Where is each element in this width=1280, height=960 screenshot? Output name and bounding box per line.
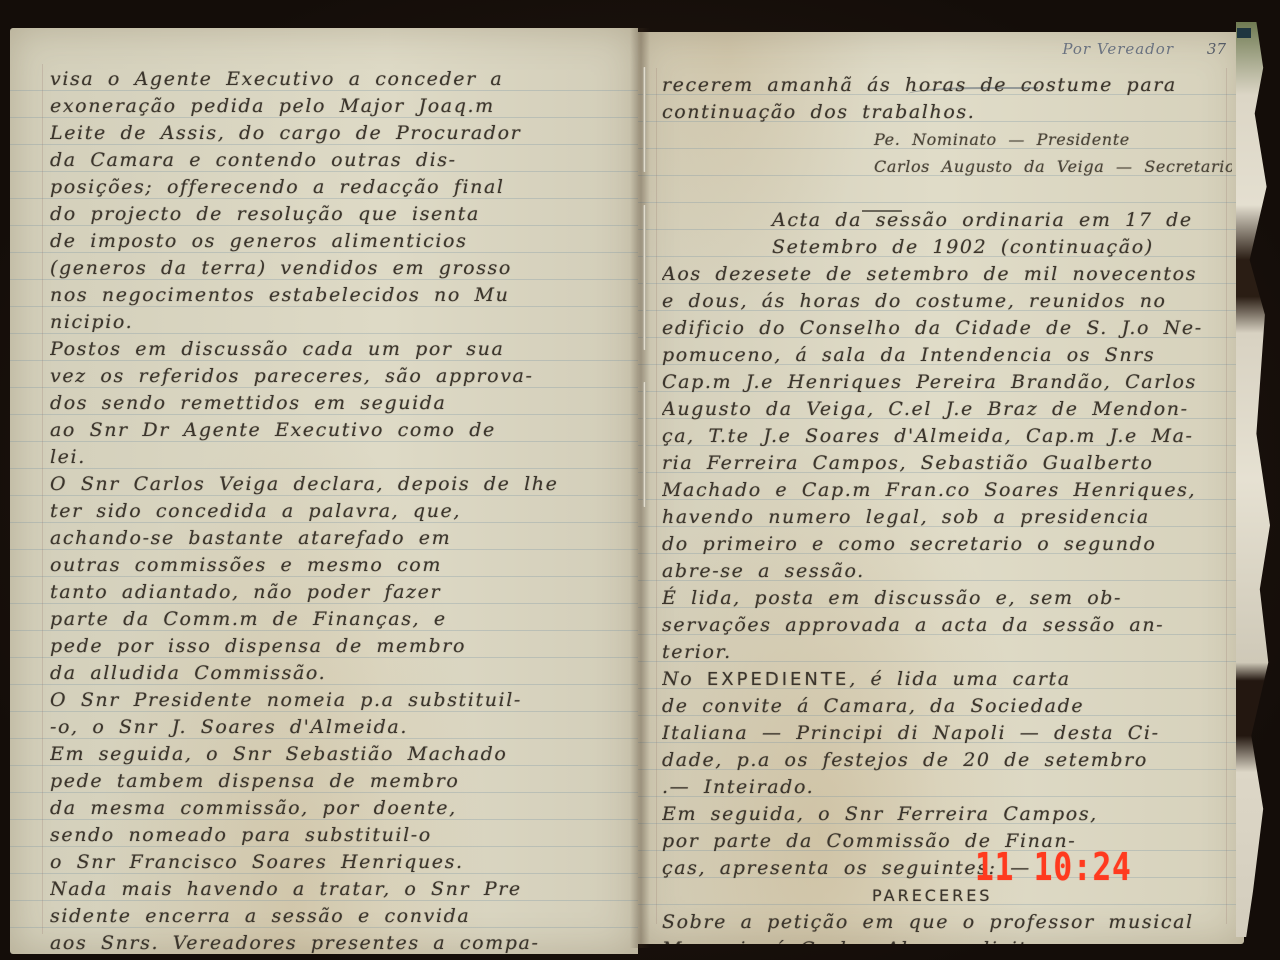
book-gutter (630, 28, 650, 948)
handwritten-line: recerem amanhã ás horas de costume para (662, 72, 1232, 99)
handwritten-line: exoneração pedida pelo Major Joaq.m (50, 93, 628, 120)
handwritten-line: .— Inteirado. (662, 774, 1232, 801)
handwritten-line: por parte da Commissão de Finan- (662, 828, 1232, 855)
handwritten-line: Aos dezesete de setembro de mil novecent… (662, 261, 1232, 288)
handwritten-line: visa o Agente Executivo a conceder a (50, 66, 628, 93)
handwritten-line: servações approvada a acta da sessão an- (662, 612, 1232, 639)
expediente-prefix: No (662, 668, 693, 690)
expediente-line: No EXPEDIENTE, é lida uma carta (662, 666, 1232, 693)
handwritten-line: nicipio. (50, 309, 628, 336)
handwritten-line: Augusto da Veiga, C.el J.e Braz de Mendo… (662, 396, 1232, 423)
minutes-title: Acta da sessão ordinaria em 17 de (662, 207, 1232, 234)
handwritten-line: Leite de Assis, do cargo de Procurador (50, 120, 628, 147)
handwritten-line: Machado e Cap.m Fran.co Soares Henriques… (662, 477, 1232, 504)
handwritten-line: Memoria á Carlos Alves solicita um (662, 936, 1232, 944)
handwritten-line: ao Snr Dr Agente Executivo como de (50, 417, 628, 444)
handwritten-line: Postos em discussão cada um por sua (50, 336, 628, 363)
handwritten-line: abre-se a sessão. (662, 558, 1232, 585)
handwritten-line: O Snr Presidente nomeia p.a substituil- (50, 687, 628, 714)
handwritten-line: dade, p.a os festejos de 20 de setembro (662, 747, 1232, 774)
margin-line (42, 64, 43, 934)
handwritten-line: Nada mais havendo a tratar, o Snr Pre (50, 876, 628, 903)
handwritten-line: -o, o Snr J. Soares d'Almeida. (50, 714, 628, 741)
handwritten-line: achando-se bastante atarefado em (50, 525, 628, 552)
handwritten-line: edificio do Conselho da Cidade de S. J.o… (662, 315, 1232, 342)
page-number: 37 (1207, 40, 1226, 58)
open-ledger-book: visa o Agente Executivo a conceder a exo… (8, 12, 1248, 952)
handwritten-line: parte da Comm.m de Finanças, e (50, 606, 628, 633)
handwritten-line: Em seguida, o Snr Sebastião Machado (50, 741, 628, 768)
binding-stitch (643, 382, 646, 507)
handwritten-line: ça, T.te J.e Soares d'Almeida, Cap.m J.e… (662, 423, 1232, 450)
handwritten-line: o Snr Francisco Soares Henriques. (50, 849, 628, 876)
page-header-note: Por Vereador (1062, 40, 1174, 58)
handwritten-line: do projecto de resolução que isenta (50, 201, 628, 228)
handwritten-line: ria Ferreira Campos, Sebastião Gualberto (662, 450, 1232, 477)
blank-line (662, 180, 1232, 207)
handwritten-line: havendo numero legal, sob a presidencia (662, 504, 1232, 531)
handwritten-line: Em seguida, o Snr Ferreira Campos, (662, 801, 1232, 828)
expediente-heading: EXPEDIENTE (707, 669, 849, 690)
margin-line (656, 68, 657, 924)
handwritten-line: (generos da terra) vendidos em grosso (50, 255, 628, 282)
cover-corner (1237, 28, 1251, 38)
handwritten-line: Cap.m J.e Henriques Pereira Brandão, Car… (662, 369, 1232, 396)
minutes-title: Setembro de 1902 (continuação) (662, 234, 1232, 261)
handwritten-line: Italiana — Principi di Napoli — desta Ci… (662, 720, 1232, 747)
handwritten-line: pomuceno, á sala da Intendencia os Snrs (662, 342, 1232, 369)
handwritten-line: outras commissões e mesmo com (50, 552, 628, 579)
handwritten-line: continuação dos trabalhos. (662, 99, 1232, 126)
handwritten-line: de convite á Camara, da Sociedade (662, 693, 1232, 720)
expediente-text: , é lida uma carta (849, 668, 1070, 690)
right-page-text: recerem amanhã ás horas de costume para … (662, 72, 1232, 944)
handwritten-line: lei. (50, 444, 628, 471)
binding-stitch (643, 67, 646, 172)
handwritten-line: pede tambem dispensa de membro (50, 768, 628, 795)
handwritten-line: sendo nomeado para substituil-o (50, 822, 628, 849)
handwritten-line: da alludida Commissão. (50, 660, 628, 687)
handwritten-line: da Camara e contendo outras dis- (50, 147, 628, 174)
handwritten-line: posições; offerecendo a redacção final (50, 174, 628, 201)
pareceres-heading: PARECERES (662, 882, 1232, 909)
right-page: Por Vereador 37 recerem amanhã ás horas … (638, 32, 1244, 944)
handwritten-line: pede por isso dispensa de membro (50, 633, 628, 660)
handwritten-line: tanto adiantado, não poder fazer (50, 579, 628, 606)
handwritten-line: de imposto os generos alimenticios (50, 228, 628, 255)
handwritten-line: ter sido concedida a palavra, que, (50, 498, 628, 525)
handwritten-line: e dous, ás horas do costume, reunidos no (662, 288, 1232, 315)
signature-president: Pe. Nominato — Presidente (662, 126, 1232, 153)
handwritten-line: dos sendo remettidos em seguida (50, 390, 628, 417)
handwritten-line: É lida, posta em discussão e, sem ob- (662, 585, 1232, 612)
handwritten-line: aos Snrs. Vereadores presentes a compa- (50, 930, 628, 954)
signature-secretary: Carlos Augusto da Veiga — Secretario (662, 153, 1232, 180)
left-page-text: visa o Agente Executivo a conceder a exo… (50, 66, 628, 954)
left-page: visa o Agente Executivo a conceder a exo… (10, 28, 638, 954)
handwritten-line: do primeiro e como secretario o segundo (662, 531, 1232, 558)
handwritten-line: O Snr Carlos Veiga declara, depois de lh… (50, 471, 628, 498)
handwritten-line: nos negocimentos estabelecidos no Mu (50, 282, 628, 309)
handwritten-line: terior. (662, 639, 1232, 666)
binding-stitch (643, 205, 646, 350)
handwritten-line: Sobre a petição em que o professor music… (662, 909, 1232, 936)
handwritten-line: vez os referidos pareceres, são approva- (50, 363, 628, 390)
handwritten-line: da mesma commissão, por doente, (50, 795, 628, 822)
handwritten-line: sidente encerra a sessão e convida (50, 903, 628, 930)
camera-timestamp-overlay: 11 10:24 (975, 845, 1132, 889)
handwritten-line: ças, apresenta os seguintes: — (662, 855, 1232, 882)
